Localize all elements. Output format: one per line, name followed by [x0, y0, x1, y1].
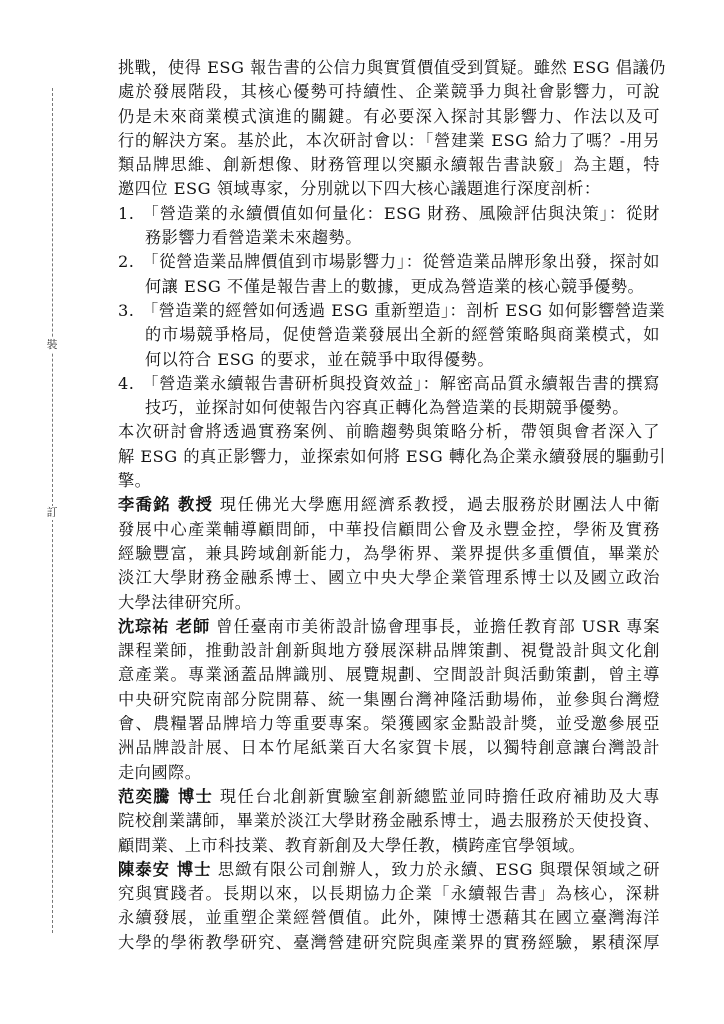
topic-item-1: 1.「營造業的永續價值如何量化：ESG 財務、風險評估與決策」：從財 務影響力看… [118, 202, 660, 251]
text-line: 技巧，並探討如何使報告內容真正轉化為營造業的長期競爭優勢。 [118, 396, 660, 420]
text-line: 擎。 [118, 469, 660, 493]
text-line: 顧問業、上市科技業、教育新創及大學任教，橫跨產官學領域。 [118, 834, 660, 858]
text-line: 解 ESG 的真正影響力，並探索如何將 ESG 轉化為企業永續發展的驅動引 [118, 445, 660, 469]
binding-label-zhuang: 裝 [45, 338, 59, 352]
text-line: 課程業師，推動設計創新與地方發展深耕品牌策劃、視覺設計與文化創 [118, 639, 660, 663]
topic-item-4: 4.「營造業永續報告書研析與投資效益」：解密高品質永續報告書的撰寫 技巧，並探討… [118, 372, 660, 421]
list-number: 1. [118, 202, 142, 226]
text-line: 會、農糧署品牌培力等重要專案。榮獲國家金點設計獎，並受邀參展亞 [118, 712, 660, 736]
topic-item-2: 2.「從營造業品牌價值到市場影響力」：從營造業品牌形象出發，探討如 何讓 ESG… [118, 250, 660, 299]
text-line: 「營造業的經營如何透過 ESG 重新塑造」：剖析 ESG 如何影響營造業 [142, 301, 665, 320]
text-line: 「從營造業品牌價值到市場影響力」：從營造業品牌形象出發，探討如 [142, 252, 660, 271]
text-line: 挑戰，使得 ESG 報告書的公信力與實質價值受到質疑。雖然 ESG 倡議仍 [118, 56, 660, 80]
speaker-bio-2: 沈琮祐 老師 曾任臺南市美術設計協會理事長，並擔任教育部 USR 專案 課程業師… [118, 615, 660, 785]
text-line: 仍是未來商業模式演進的關鍵。有必要深入探討其影響力、作法以及可 [118, 105, 660, 129]
text-line: 大學的學術教學研究、臺灣營建研究院與產業界的實務經驗，累積深厚 [118, 931, 660, 955]
text-line: 現任佛光大學應用經濟系教授，過去服務於財團法人中衛 [213, 495, 660, 514]
topic-item-3: 3.「營造業的經營如何透過 ESG 重新塑造」：剖析 ESG 如何影響營造業 的… [118, 299, 660, 372]
intro-paragraph: 挑戰，使得 ESG 報告書的公信力與實質價值受到質疑。雖然 ESG 倡議仍 處於… [118, 56, 660, 202]
text-line: 「營造業永續報告書研析與投資效益」：解密高品質永續報告書的撰寫 [142, 374, 660, 393]
text-line: 永續發展，並重塑企業經營價值。此外，陳博士憑藉其在國立臺灣海洋 [118, 906, 660, 930]
speaker-bio-3: 范奕騰 博士 現任台北創新實驗室創新總監並同時擔任政府補助及大專 院校創業講師，… [118, 785, 660, 858]
text-line: 洲品牌設計展、日本竹尾紙業百大名家賀卡展，以獨特創意讓台灣設計 [118, 736, 660, 760]
text-line: 院校創業講師，畢業於淡江大學財務金融系博士，過去服務於天使投資、 [118, 809, 660, 833]
text-line: 類品牌思維、創新想像、財務管理以突顯永續報告書訣竅」為主題，特 [118, 153, 660, 177]
summary-paragraph: 本次研討會將透過實務案例、前瞻趨勢與策略分析，帶領與會者深入了 解 ESG 的真… [118, 420, 660, 493]
text-line: 何讓 ESG 不僅是報告書上的數據，更成為營造業的核心競爭優勢。 [118, 275, 660, 299]
text-line: 的市場競爭格局，促使營造業發展出全新的經營策略與商業模式，如 [118, 323, 660, 347]
text-line: 處於發展階段，其核心優勢可持續性、企業競爭力與社會影響力，可說 [118, 80, 660, 104]
speaker-name: 范奕騰 博士 [118, 787, 213, 806]
text-line: 中央研究院南部分院開幕、統一集團台灣神隆活動場佈，並參與台灣燈 [118, 688, 660, 712]
text-line: 思緻有限公司創辦人，致力於永續、ESG 與環保領域之研 [212, 860, 660, 879]
list-number: 2. [118, 250, 142, 274]
text-line: 經驗豐富，兼具跨域創新能力，為學術界、業界提供多重價值，畢業於 [118, 542, 660, 566]
text-line: 現任台北創新實驗室創新總監並同時擔任政府補助及大專 [213, 787, 660, 806]
list-number: 4. [118, 372, 142, 396]
text-line: 行的解決方案。基於此，本次研討會以：「營建業 ESG 給力了嗎？-用另 [118, 129, 660, 153]
text-line: 本次研討會將透過實務案例、前瞻趨勢與策略分析，帶領與會者深入了 [118, 420, 660, 444]
text-line: 邀四位 ESG 領域專家，分別就以下四大核心議題進行深度剖析： [118, 177, 660, 201]
text-line: 「營造業的永續價值如何量化：ESG 財務、風險評估與決策」：從財 [142, 204, 660, 223]
speaker-name: 沈琮祐 老師 [118, 617, 210, 636]
text-line: 務影響力看營造業未來趨勢。 [118, 226, 660, 250]
text-line: 發展中心產業輔導顧問師，中華投信顧問公會及永豐金控，學術及實務 [118, 518, 660, 542]
text-line: 曾任臺南市美術設計協會理事長，並擔任教育部 USR 專案 [210, 617, 660, 636]
text-line: 淡江大學財務金融系博士、國立中央大學企業管理系博士以及國立政治 [118, 566, 660, 590]
list-number: 3. [118, 299, 142, 323]
text-line: 意產業。專業涵蓋品牌識別、展覽規劃、空間設計與活動策劃，曾主導 [118, 663, 660, 687]
text-line: 究與實踐者。長期以來，以長期協力企業「永續報告書」為核心，深耕 [118, 882, 660, 906]
text-line: 走向國際。 [118, 761, 660, 785]
text-line: 大學法律研究所。 [118, 591, 660, 615]
topic-list: 1.「營造業的永續價值如何量化：ESG 財務、風險評估與決策」：從財 務影響力看… [118, 202, 660, 421]
binding-label-ding: 訂 [45, 506, 59, 520]
speaker-bio-1: 李喬銘 教授 現任佛光大學應用經濟系教授，過去服務於財團法人中衛 發展中心產業輔… [118, 493, 660, 614]
text-line: 何以符合 ESG 的要求，並在競爭中取得優勢。 [118, 348, 660, 372]
speaker-name: 李喬銘 教授 [118, 495, 213, 514]
speaker-bio-4: 陳泰安 博士 思緻有限公司創辦人，致力於永續、ESG 與環保領域之研 究與實踐者… [118, 858, 660, 955]
document-page: 挑戰，使得 ESG 報告書的公信力與實質價值受到質疑。雖然 ESG 倡議仍 處於… [118, 56, 660, 955]
speaker-name: 陳泰安 博士 [118, 860, 212, 879]
